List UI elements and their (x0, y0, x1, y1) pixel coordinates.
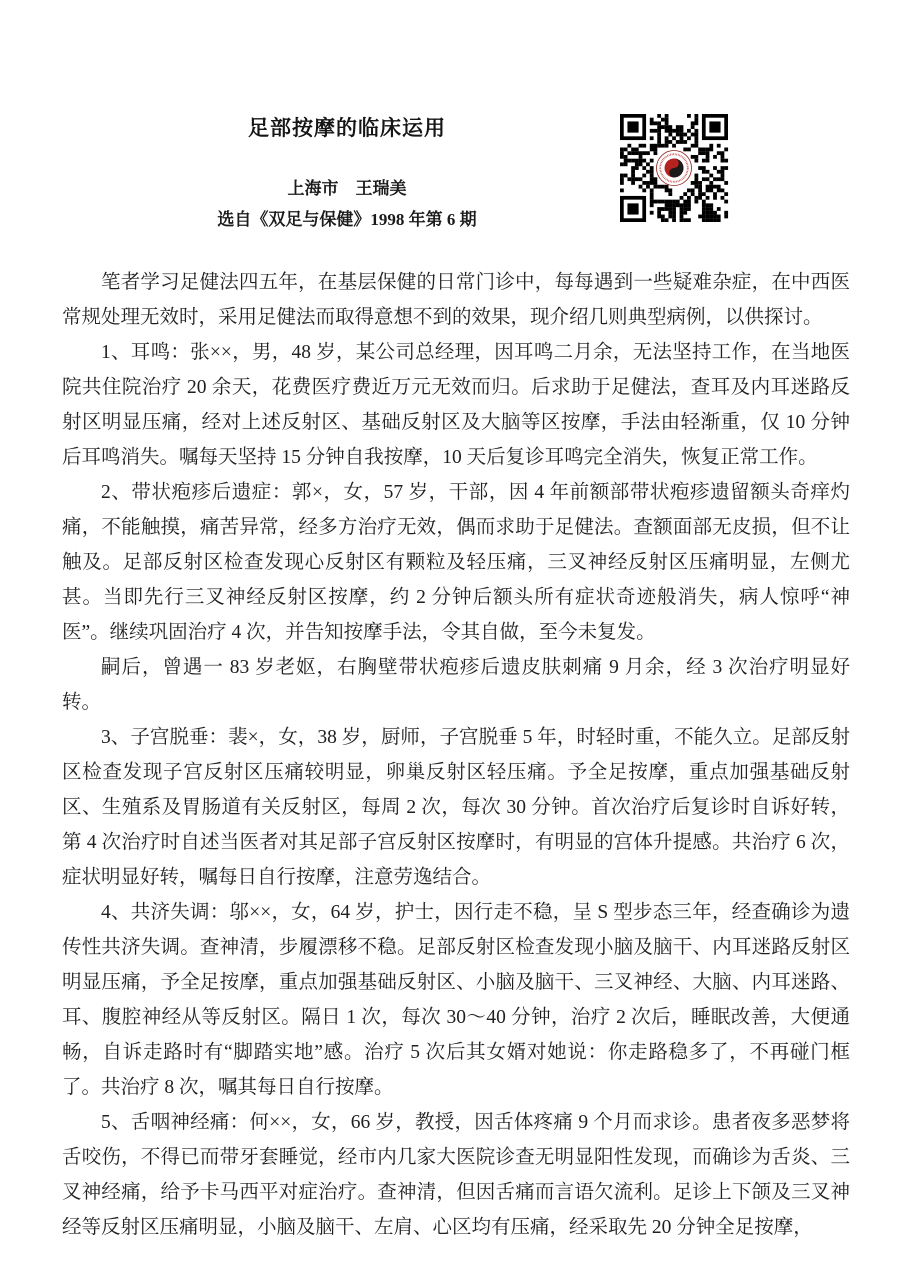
document-header: 足部按摩的临床运用 上海市 王瑞美 选自《双足与保健》1998 年第 6 期 (62, 117, 632, 229)
document-page: 足部按摩的临床运用 上海市 王瑞美 选自《双足与保健》1998 年第 6 期 (0, 0, 905, 1280)
qr-finder-top-left (620, 114, 646, 140)
paragraph-case-1-tinnitus: 1、耳鸣：张××，男，48 岁，某公司总经理，因耳鸣二月余，无法坚持工作，在当地… (62, 335, 850, 475)
paragraph-intro: 笔者学习足健法四五年，在基层保健的日常门诊中，每每遇到一些疑难杂症，在中西医常规… (62, 265, 850, 335)
paragraph-case-4-ataxia: 4、共济失调：邬××，女，64 岁，护士，因行走不稳，呈 S 型步态三年，经查确… (62, 895, 850, 1105)
paragraph-case-3-uterine-prolapse: 3、子宫脱垂：裴×，女，38 岁，厨师，子宫脱垂 5 年，时轻时重，不能久立。足… (62, 720, 850, 895)
paragraph-case-5-glossopharyngeal-neuralgia: 5、舌咽神经痛：何××，女，66 岁，教授，因舌体疼痛 9 个月而求诊。患者夜多… (62, 1105, 850, 1245)
source-line: 选自《双足与保健》1998 年第 6 期 (62, 210, 632, 229)
qr-finder-top-right (702, 114, 728, 140)
paragraph-case-2-followup: 嗣后，曾遇一 83 岁老妪，右胸壁带状疱疹后遗皮肤刺痛 9 月余，经 3 次治疗… (62, 650, 850, 720)
qr-finder-bottom-left (620, 196, 646, 222)
paragraph-case-2-herpes-zoster: 2、带状疱疹后遗症：郭×，女，57 岁，干部，因 4 年前额部带状疱疹遗留额头奇… (62, 475, 850, 650)
qr-code-image (618, 114, 730, 222)
qr-code (618, 114, 730, 222)
page-title: 足部按摩的临床运用 (62, 117, 632, 139)
article-body: 笔者学习足健法四五年，在基层保健的日常门诊中，每每遇到一些疑难杂症，在中西医常规… (62, 265, 850, 1245)
author-line: 上海市 王瑞美 (62, 180, 632, 198)
taiji-logo-icon (656, 150, 691, 185)
